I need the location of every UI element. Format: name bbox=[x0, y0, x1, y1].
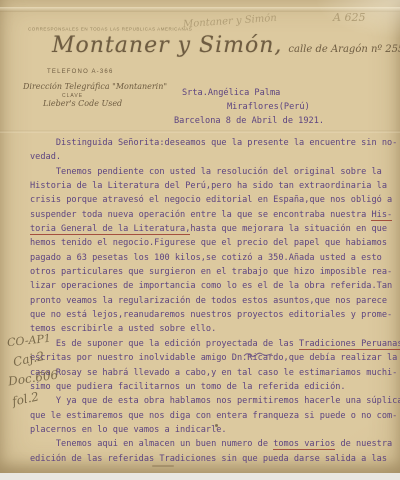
scanner-background bbox=[0, 473, 400, 480]
letter-line: Tenemos aqui en almacen un buen numero d… bbox=[30, 437, 388, 451]
letter-line: Y ya que de esta obra hablamos nos permi… bbox=[30, 394, 388, 408]
letterhead-phone: TELEFONO A-366 bbox=[47, 69, 114, 75]
letter-line: escritas por nuestro inolvidable amigo D… bbox=[30, 351, 388, 365]
letter-line: placernos en lo que vamos a indicarle. bbox=[30, 423, 388, 437]
paper-crease-middle bbox=[0, 130, 400, 133]
recipient-name: Srta.Angélica Palma bbox=[182, 88, 280, 98]
letter-line: Distinguida Señorita:deseamos que la pre… bbox=[30, 136, 388, 150]
letter-line: Historia de la Literatura del Perú,pero … bbox=[30, 179, 388, 193]
letter-line: pronto veamos la regularización de todos… bbox=[30, 294, 388, 308]
letter-line: casa Rosay se habrá llevado a cabo,y en … bbox=[30, 366, 388, 380]
recipient-place: Miraflores(Perú) bbox=[227, 102, 310, 112]
inline-correction-scribble bbox=[243, 351, 273, 358]
letter-line: edición de las referidas Tradiciones sin… bbox=[30, 452, 388, 466]
ink-speck bbox=[215, 424, 218, 427]
letter-line: Tenemos pendiente con usted la resolució… bbox=[30, 165, 388, 179]
scanned-letter: CORRESPONSALES EN TODAS LAS REPUBLICAS A… bbox=[0, 0, 400, 480]
pencil-annotation-center: Montaner y Simón bbox=[183, 13, 277, 31]
dateline: Barcelona 8 de Abril de 1921. bbox=[174, 116, 324, 126]
letter-line: que le estimaremos que nos diga con ente… bbox=[30, 409, 388, 423]
letter-paper: CORRESPONSALES EN TODAS LAS REPUBLICAS A… bbox=[0, 0, 400, 473]
letter-line: otros particulares que surgieron en el t… bbox=[30, 265, 388, 279]
letterhead-agents-line: CORRESPONSALES EN TODAS LAS REPUBLICAS A… bbox=[28, 27, 192, 32]
letter-line: suspender toda nueva operación entre la … bbox=[30, 208, 388, 222]
letter-line: lizar operaciones de importancia como lo… bbox=[30, 279, 388, 293]
body-lines: Distinguida Señorita:deseamos que la pre… bbox=[30, 136, 388, 466]
letter-line: vedad. bbox=[30, 150, 388, 164]
letter-line: pagado a 63 pesetas los 100 kilos,se cot… bbox=[30, 251, 388, 265]
letterhead-brand-line: Montaner y Simón, calle de Aragón nº 255 bbox=[52, 33, 400, 58]
letter-line: hemos tenido el negocio.Figurese que el … bbox=[30, 236, 388, 250]
letter-line: simo que pudiera facilitarnos un tomo de… bbox=[30, 380, 388, 394]
letter-line: Es de suponer que la edición proyectada … bbox=[30, 337, 388, 351]
letterhead-code-line: Lieber's Code Used bbox=[43, 99, 122, 108]
letter-line: toria General de la Literatura,hasta que… bbox=[30, 222, 388, 236]
letterhead-telegraph-address: Dirección Telegráfica "Montanerin" bbox=[23, 82, 167, 91]
letterhead-street-address: calle de Aragón nº 255 bbox=[288, 44, 400, 55]
pencil-annotation-archival-number: A 625 bbox=[333, 11, 365, 24]
letter-line: que no está lejos,reanudaremos nuestros … bbox=[30, 308, 388, 322]
letter-line: temos escribirle a usted sobre ello. bbox=[30, 322, 388, 336]
paper-smudge bbox=[152, 465, 174, 467]
letterhead-brand-name: Montaner y Simón, bbox=[52, 33, 282, 58]
letter-line: crisis porque atravesó el negocio editor… bbox=[30, 193, 388, 207]
